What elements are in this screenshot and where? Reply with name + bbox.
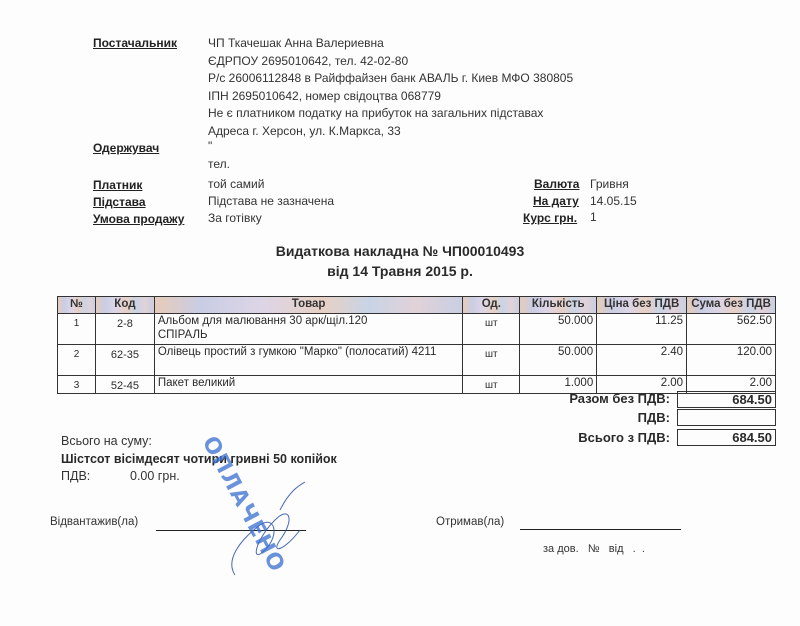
supplier-label: Постачальник (93, 36, 177, 50)
col-product: Товар (154, 297, 463, 314)
grand-total-label: Всього з ПДВ: (470, 430, 670, 445)
table-row: 2 62-35 Олівець простий з гумкою "Марко"… (58, 345, 776, 376)
row-product: Пакет великий (154, 376, 463, 394)
sum-label: Всього на суму: (61, 434, 152, 448)
received-by-label: Отримав(ла) (436, 516, 504, 528)
row-code: 2-8 (95, 314, 154, 345)
row-product: Олівець простий з гумкою "Марко" (полоса… (154, 345, 463, 376)
col-number: № (58, 297, 96, 314)
sum-in-words: Шістсот вісімдесят чотири гривні 50 копі… (61, 452, 337, 466)
received-by-signature-line (520, 529, 681, 530)
grand-total-value: 684.50 (677, 429, 776, 446)
on-date-label: На дату (533, 194, 579, 208)
vat-total-label: ПДВ: (470, 410, 670, 425)
rate-label: Курс грн. (523, 211, 577, 225)
row-product: Альбом для малювання 30 арк/щіл.120 СПІР… (154, 314, 463, 345)
col-sum: Сума без ПДВ (687, 297, 776, 314)
basis-value: Підстава не зазначена (208, 194, 334, 208)
power-of-attorney: за дов. № від . . (543, 543, 645, 555)
currency-value: Гривня (590, 177, 629, 191)
recipient-value: " (208, 139, 212, 153)
payer-label: Платник (93, 178, 142, 192)
vat-summary-label: ПДВ: (61, 469, 90, 483)
currency-label: Валюта (534, 177, 579, 191)
col-unit: Од. (463, 297, 520, 314)
supplier-tax-status: Не є платником податку на прибуток на за… (208, 105, 573, 123)
payer-value: той самий (208, 177, 264, 191)
table-header-row: № Код Товар Од. Кількість Ціна без ПДВ С… (58, 297, 776, 314)
supplier-edrpou: ЄДРПОУ 2695010642, тел. 42-02-80 (208, 53, 573, 71)
items-table: № Код Товар Од. Кількість Ціна без ПДВ С… (57, 296, 776, 394)
row-number: 1 (58, 314, 96, 345)
recipient-phone: тел. (208, 157, 230, 171)
supplier-tax-id: ІПН 2695010642, номер свідоцтва 068779 (208, 88, 573, 106)
basis-label: Підстава (93, 195, 146, 209)
row-price: 11.25 (597, 314, 687, 345)
table-row: 1 2-8 Альбом для малювання 30 арк/щіл.12… (58, 314, 776, 345)
col-code: Код (95, 297, 154, 314)
sale-terms-value: За готівку (208, 211, 262, 225)
supplier-details: ЧП Ткачешак Анна Валериевна ЄДРПОУ 26950… (208, 35, 573, 140)
row-sum: 120.00 (687, 345, 776, 376)
row-code: 62-35 (95, 345, 154, 376)
row-sum: 562.50 (687, 314, 776, 345)
row-quantity: 50.000 (520, 314, 597, 345)
row-unit: шт (463, 345, 520, 376)
row-price: 2.40 (597, 345, 687, 376)
row-quantity: 50.000 (520, 345, 597, 376)
rate-value: 1 (590, 210, 597, 224)
vat-summary-value: 0.00 грн. (130, 469, 180, 483)
shipped-by-label: Відвантажив(ла) (50, 516, 138, 528)
subtotal-value: 684.50 (677, 391, 776, 408)
sale-terms-label: Умова продажу (93, 212, 184, 226)
on-date-value: 14.05.15 (590, 194, 637, 208)
subtotal-label: Разом без ПДВ: (470, 391, 670, 406)
vat-total-value (677, 409, 776, 426)
row-number: 3 (58, 376, 96, 394)
row-unit: шт (463, 314, 520, 345)
supplier-address: Адреса г. Херсон, ул. К.Маркса, 33 (208, 123, 573, 141)
supplier-name: ЧП Ткачешак Анна Валериевна (208, 35, 573, 53)
col-price: Ціна без ПДВ (597, 297, 687, 314)
document-title: Видаткова накладна № ЧП00010493 (0, 243, 800, 259)
document-date: від 14 Травня 2015 р. (0, 263, 800, 279)
row-code: 52-45 (95, 376, 154, 394)
supplier-bank-account: Р/с 26006112848 в Райффайзен банк АВАЛЬ … (208, 70, 573, 88)
row-number: 2 (58, 345, 96, 376)
col-quantity: Кількість (520, 297, 597, 314)
recipient-label: Одержувач (93, 141, 159, 155)
